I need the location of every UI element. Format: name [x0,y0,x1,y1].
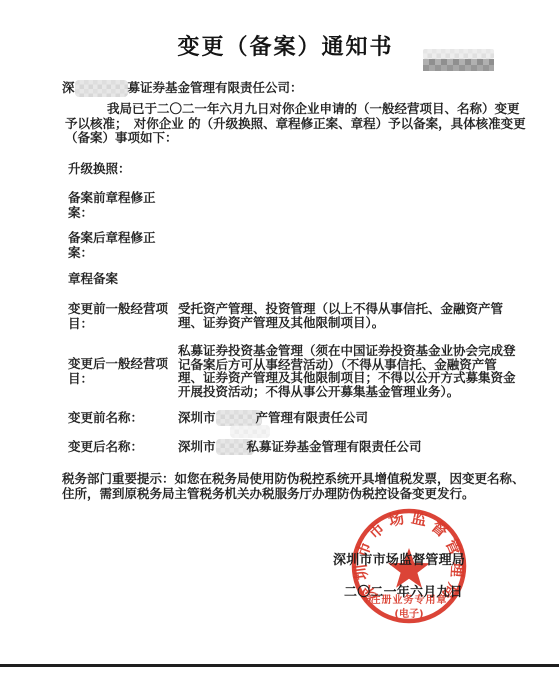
section-label-line: 案： [68,246,156,261]
seal-sub-label: (电子) [394,607,423,620]
notice-document-page: 变更（备案）通知书 深 募证券基金管理有限责任公司： 我局已于二〇二一年六月九日… [0,0,559,674]
section-pre-filing-amendment: 备案前章程修正 案： [68,191,156,220]
scan-bottom-edge [0,664,559,667]
field-value-line: 受托资产管理、投资管理（以上不得从事信托、金融资产管 [178,302,503,316]
redaction-blur-addressee [75,80,128,97]
redaction-blur-ghost [230,425,270,438]
tax-notice-line: 税务部门重要提示：如您在税务局使用防伪税控系统开具增值税发票，因变更名称、 [62,471,525,486]
name-before-value: 深圳市 产管理有限责任公司 [178,409,368,427]
field-value-line: 理、证券资产管理及其他限制项目）。 [178,316,503,330]
name-before-prefix: 深圳市 [178,411,216,426]
field-label-line: 变更前一般经营项 [68,302,168,317]
section-charter-filing: 章程备案 [68,272,118,287]
issuer-name: 深圳市市场监督管理局 [333,549,465,568]
section-label-line: 案： [68,206,156,221]
name-after-suffix: 私募证券基金管理有限责任公司 [247,440,422,455]
official-seal: 深圳市市场监督管理局 注册业务专用章 (电子) [334,506,486,634]
name-after-value: 深圳市 私募证券基金管理有限责任公司 [178,438,422,456]
name-after-label: 变更后名称： [68,440,143,455]
field-value-line: 开展投资活动；不得从事公开募集基金管理业务）。 [178,385,516,399]
addressee-line: 深 募证券基金管理有限责任公司： [62,79,303,97]
section-post-filing-amendment: 备案后章程修正 案： [68,231,156,260]
name-before-suffix: 产管理有限责任公司 [256,411,369,426]
intro-line: （备案）事项如下： [65,131,526,146]
scope-before-value: 受托资产管理、投资管理（以上不得从事信托、金融资产管 理、证券资产管理及其他限制… [178,302,503,329]
scope-before-label: 变更前一般经营项 目： [68,302,168,331]
field-value-line: 理、证券资产管理及其他限制项目；不得以公开方式募集资金 [178,371,516,385]
tax-notice-line: 住所，需到原税务局主管税务机关办税服务厅办理防伪税控设备变更发行。 [62,486,525,501]
redaction-blur-light-band [423,49,494,59]
field-value-line: 记备案后方可从事经营活动）（不得从事信托、金融资产管 [178,358,516,372]
name-before-label: 变更前名称： [68,411,143,426]
intro-line: 我局已于二〇二一年六月九日对你企业申请的（一般经营项目、名称）变更 [65,102,526,117]
addressee-suffix: 募证券基金管理有限责任公司： [128,81,303,96]
field-label-line: 目： [68,317,168,332]
intro-paragraph: 我局已于二〇二一年六月九日对你企业申请的（一般经营项目、名称）变更 予以核准； … [65,102,526,146]
section-label-line: 备案后章程修正 [68,231,156,246]
intro-line: 予以核准； 对你企业 的（升级换照、章程修正案、章程）予以备案，具体核准变更 [65,117,526,132]
redaction-blur-dark-band [423,59,494,71]
field-value-line: 私募证券投资基金管理（须在中国证券投资基金业协会完成登 [178,344,516,358]
issue-date: 二〇二一年六月九日 [344,581,463,600]
scope-after-label: 变更后一般经营项 目： [68,357,168,386]
tax-notice: 税务部门重要提示：如您在税务局使用防伪税控系统开具增值税发票，因变更名称、 住所… [62,471,525,501]
redaction-blur-top-right [423,49,494,71]
scope-after-value: 私募证券投资基金管理（须在中国证券投资基金业协会完成登 记备案后方可从事经营活动… [178,344,516,399]
section-upgrade-license: 升级换照： [68,162,131,177]
name-after-prefix: 深圳市 [178,440,216,455]
field-label-line: 变更后一般经营项 [68,357,168,372]
field-label-line: 目： [68,372,168,387]
addressee-prefix: 深 [62,81,75,96]
section-label-line: 备案前章程修正 [68,191,156,206]
